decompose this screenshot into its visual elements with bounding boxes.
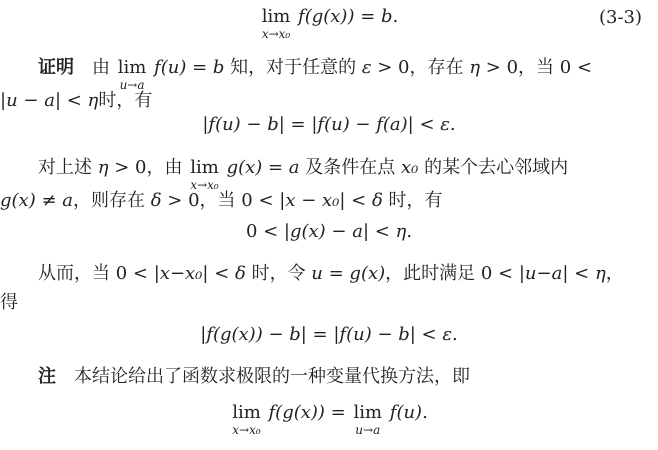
text-segment: | < (202, 263, 235, 284)
limit-word: lim (262, 8, 291, 26)
text-segment: 对上述 (38, 157, 98, 178)
text-segment: δ (151, 190, 162, 211)
proof-paragraph-line-5: 从而，当 0 < |x−x₀| < δ 时，令 u = g(x)，此时满足 0 … (0, 263, 658, 285)
text-segment: ， (606, 263, 624, 284)
text-segment: 0 < (560, 57, 592, 78)
text-segment: 由 (74, 57, 116, 78)
text-segment: 0 < | (241, 190, 285, 211)
limit-word: lim (232, 404, 261, 422)
text-segment: 时，有 (383, 190, 443, 211)
proof-paragraph-line-4: g(x) ≠ a，则存在 δ > 0，当 0 < |x − x₀| < δ 时，… (0, 190, 658, 212)
text-segment: η (595, 263, 606, 284)
proof-paragraph-line-1: 证明 由 limu→a f(u) = b 知，对于任意的 ε > 0，存在 η … (0, 57, 658, 91)
text-segment: 知，对于任意的 (230, 57, 362, 78)
text-segment: g(x) ≠ a (0, 190, 73, 211)
text-segment: η (98, 157, 109, 178)
display-equation-composite-limit: (3-3) limx→x₀ f(g(x)) = b. (0, 6, 658, 40)
text-segment: δ (235, 263, 246, 284)
limit-word: lim (190, 159, 219, 177)
text-segment: ，由 (147, 157, 189, 178)
equation-tag: (3-3) (599, 7, 642, 29)
limit-subscript: x→x₀ (232, 424, 260, 436)
text-segment: f(g(x)) = b. (292, 6, 398, 27)
limit-word: lim (353, 404, 382, 422)
text-segment: 注 (38, 366, 56, 387)
text-segment: − (18, 90, 45, 111)
text-segment: f(u) = b (148, 57, 230, 78)
text-segment: ，则存在 (73, 190, 151, 211)
text-segment: 时，令 (246, 263, 311, 284)
text-segment: ，当 (200, 190, 242, 211)
proof-paragraph-line-6: 得 (0, 292, 658, 314)
text-segment: 0 < (246, 221, 284, 242)
text-segment: | < (55, 90, 88, 111)
limit-operator: limu→a (118, 59, 147, 91)
limit-word: lim (118, 59, 147, 77)
text-segment: δ (372, 190, 383, 211)
text-segment: 的某个去心邻域内 (418, 157, 568, 178)
text-segment: > 0 (480, 57, 518, 78)
text-segment: a (552, 263, 563, 284)
limit-operator: limx→x₀ (262, 8, 291, 40)
text-segment: 时，有 (98, 90, 152, 111)
text-segment: η (88, 90, 99, 111)
text-segment: ，此时满足 (385, 263, 481, 284)
text-segment: 及条件在点 (305, 157, 401, 178)
text-segment: 得 (0, 292, 18, 313)
limit-subscript: u→a (355, 424, 380, 436)
text-segment: 0 < | (116, 263, 160, 284)
text-segment: | < (562, 263, 595, 284)
text-segment: 证明 (38, 57, 74, 78)
display-equation-fu-bound: |f(u) − b| = |f(u) − f(a)| < ε. (0, 114, 658, 136)
text-segment: > 0 (162, 190, 200, 211)
display-equation-gx-bound: 0 < |g(x) − a| < η. (0, 221, 658, 243)
limit-subscript: x→x₀ (262, 28, 290, 40)
text-segment: 从而，当 (38, 263, 116, 284)
text-segment: > 0 (109, 157, 147, 178)
text-segment: 0 < | (481, 263, 525, 284)
text-segment: u (525, 263, 537, 284)
text-segment: x (285, 190, 295, 211)
text-segment: f(u). (384, 402, 428, 423)
text-segment: | < (339, 190, 372, 211)
text-segment: x (160, 263, 170, 284)
text-segment: ，当 (518, 57, 560, 78)
text-segment: g(x) = a (221, 157, 305, 178)
text-segment: |f(u) − b| = |f(u) − f(a)| < ε. (202, 114, 455, 135)
text-segment: x₀ (322, 190, 339, 211)
text-segment: η (469, 57, 480, 78)
text-segment: ε (362, 57, 372, 78)
limit-operator: limx→x₀ (232, 404, 261, 436)
text-segment: |f(g(x)) − b| = |f(u) − b| < ε. (200, 324, 458, 345)
text-segment: a (44, 90, 55, 111)
limit-operator: limx→x₀ (190, 159, 219, 191)
text-segment: x₀ (401, 157, 418, 178)
note-paragraph-line: 注 本结论给出了函数求极限的一种变量代换方法，即 (0, 366, 658, 388)
text-segment: u = g(x) (311, 263, 385, 284)
text-segment: − (537, 263, 552, 284)
text-segment: ，存在 (410, 57, 470, 78)
text-segment: − (295, 190, 322, 211)
limit-operator: limu→a (353, 404, 382, 436)
textbook-page: (3-3) limx→x₀ f(g(x)) = b. 证明 由 limu→a f… (0, 0, 658, 450)
proof-paragraph-line-3: 对上述 η > 0，由 limx→x₀ g(x) = a 及条件在点 x₀ 的某… (0, 157, 658, 191)
text-segment: |g(x) − a| < η. (284, 221, 412, 242)
text-segment: f(g(x)) = (263, 402, 352, 423)
text-segment: 本结论给出了函数求极限的一种变量代换方法，即 (56, 366, 470, 387)
text-segment: − (170, 263, 185, 284)
text-segment: > 0 (372, 57, 410, 78)
display-equation-conclusion: |f(g(x)) − b| = |f(u) − b| < ε. (0, 324, 658, 346)
proof-paragraph-line-2: |u − a| < η时，有 (0, 90, 658, 112)
display-equation-variable-substitution: limx→x₀ f(g(x)) = limu→a f(u). (0, 402, 658, 436)
text-segment: u (6, 90, 18, 111)
text-segment: x₀ (185, 263, 202, 284)
